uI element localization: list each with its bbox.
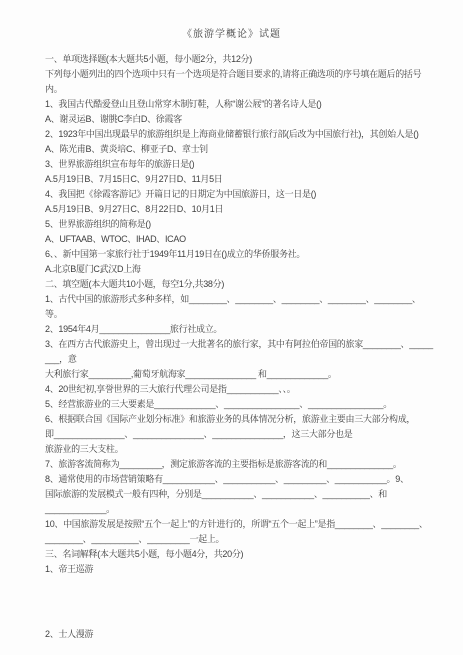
document-line: 7、旅游客流简称为_________，测定旅游客流的主要指标是旅游客流的和___… xyxy=(45,457,435,472)
document-line: 2、1954年4月_______________旅行社成立。 xyxy=(45,322,435,337)
document-line: 8、通常使用的市场营销策略有___________、___________、__… xyxy=(45,472,435,487)
document-line: 6、、新中国第一家旅行社于1949年11月19日在()成立的华侨服务社。 xyxy=(45,247,435,262)
document-line: 5、世界旅游组织的简称是() xyxy=(45,217,435,232)
document-line: 国际旅游的发展模式一般有四种，分别是___________、__________… xyxy=(45,487,435,502)
document-line: 4、20世纪初,享誉世界的三大旅行代理公司是指___________、、。 xyxy=(45,382,435,397)
document-line: A、陈光甫B、黄炎培C、柳亚子D、章士钊 xyxy=(45,142,435,157)
document-line: 三、名词解释(本大题共5小题，每小题4分，共20分) xyxy=(45,547,435,562)
document-line: 6、根据联合国《国际产业划分标准》和旅游业务的具体情况分析，旅游业主要由三大部分… xyxy=(45,412,435,427)
document-line: A.5月19日B、7月15日C、9月27日D、11月5日 xyxy=(45,172,435,187)
document-line: 二、填空题(本大题共10小题，每空1分,共38分) xyxy=(45,277,435,292)
document-line: A.北京B厦门C武汉D上海 xyxy=(45,262,435,277)
document-line: 下列每小题列出的四个选项中只有一个选项是符合题目要求的,请将正确选项的序号填在题… xyxy=(45,67,435,97)
document-line: ________、__________、_________一起上。 xyxy=(45,532,435,547)
document-line: 旅游业的三大支柱。 xyxy=(45,442,435,457)
document-line: 1、我国古代酷爱登山且登山常穿木制钉鞋，人称“谢公屐”的著名诗人是() xyxy=(45,97,435,112)
document-line: 5、经营旅游业的三大要素是_____________、_____________… xyxy=(45,397,435,412)
document-line: 3、世界旅游组织宣布每年的旅游日是() xyxy=(45,157,435,172)
document-line: 大利旅行家_________,葡萄牙航海家_______________ 和__… xyxy=(45,367,435,382)
document-line: 2、1923年中国出现最早的旅游组织是上海商业储蓄银行旅行部(后改为中国旅行社)… xyxy=(45,127,435,142)
document-line: 4、我国把《徐霞客游记》开篇日记的日期定为中国旅游日，这一日是() xyxy=(45,187,435,202)
exam-paper: 《旅游学概论》试题 一、单项选择题(本大题共5小题，每小题2分，共12分)下列每… xyxy=(0,0,463,655)
document-line: 1、帝王巡游 xyxy=(45,562,435,577)
document-line: A、UFTAAB、WTOC、IHAD、ICAO xyxy=(45,232,435,247)
document-line: 2、士人漫游 xyxy=(45,627,435,642)
page-title: 《旅游学概论》试题 xyxy=(28,27,435,42)
document-line: 10、中国旅游发展是按照“五个一起上”的方针进行的，所谓“五个一起上”是指___… xyxy=(45,517,435,532)
document-line: A.5月19日B、9月27日C、8月22日D、10月1日 xyxy=(45,202,435,217)
document-line: 一、单项选择题(本大题共5小题，每小题2分，共12分) xyxy=(45,52,435,67)
document-body: 一、单项选择题(本大题共5小题，每小题2分，共12分)下列每小题列出的四个选项中… xyxy=(45,52,435,642)
document-line: 1、古代中国的旅游形式多种多样，如________、________、_____… xyxy=(45,292,435,322)
document-line: _____________。 xyxy=(45,502,435,517)
document-line: 即_______________、_______________、_______… xyxy=(45,427,435,442)
document-line: A、谢灵运B、谢朓C李白D、徐霞客 xyxy=(45,112,435,127)
document-line: 3、在西方古代旅游史上，曾出现过一大批著名的旅行家，其中有阿拉伯帝国的旅家___… xyxy=(45,337,435,367)
